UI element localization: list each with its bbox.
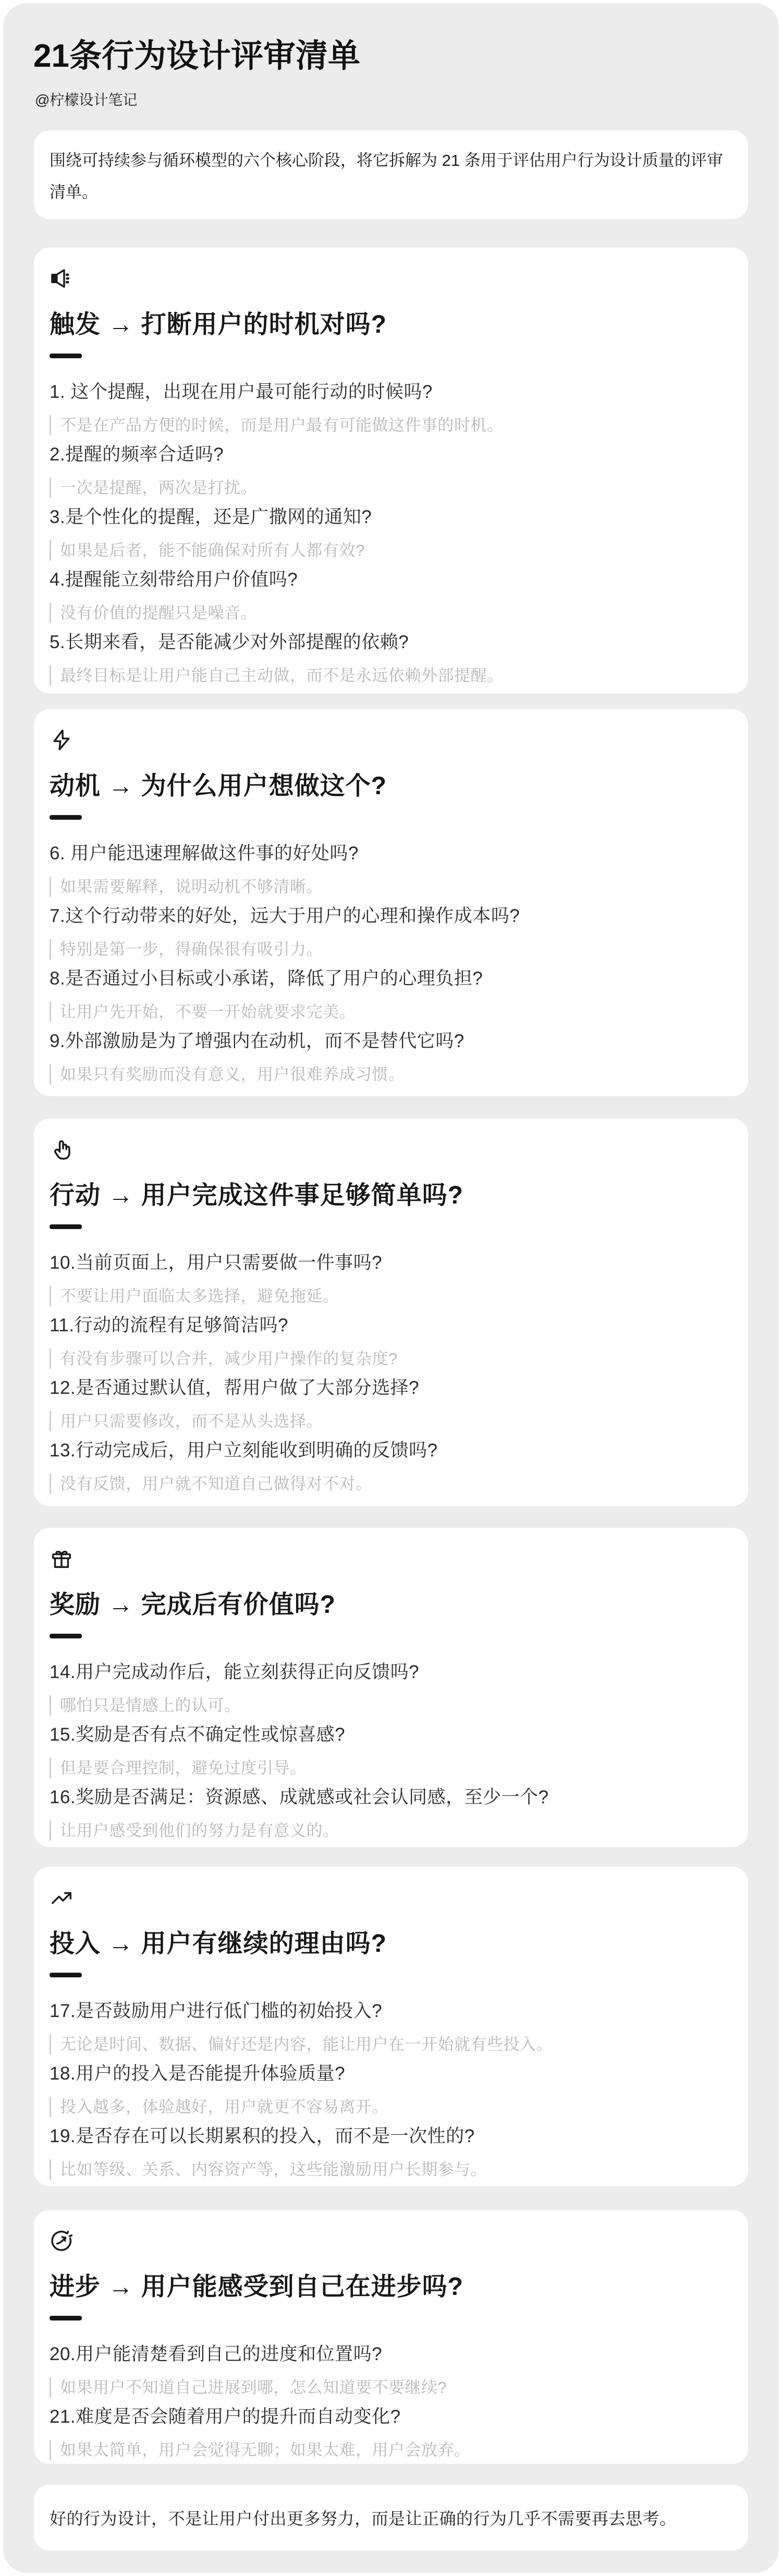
trending-up-icon (50, 1886, 74, 1910)
item-note: 无论是时间、数据、偏好还是内容，能让用户在一开始就有些投入。 (50, 2034, 727, 2055)
checklist-item: 20.用户能清楚看到自己的进度和位置吗? 如果用户不知道自己进展到哪，怎么知道要… (50, 2343, 727, 2398)
item-note: 让用户先开始，不要一开始就要求完美。 (50, 1002, 727, 1022)
item-note: 让用户感受到他们的努力是有意义的。 (50, 1820, 727, 1841)
section-title: 进步 → 用户能感受到自己在进步吗? (50, 2273, 727, 2302)
item-note: 如果只有奖励而没有意义，用户很难养成习惯。 (50, 1064, 727, 1085)
checklist-item: 5.长期来看，是否能减少对外部提醒的依赖? 最终目标是让用户能自己主动做，而不是… (50, 631, 727, 686)
checklist-item: 9.外部激励是为了增强内在动机，而不是替代它吗? 如果只有奖励而没有意义，用户很… (50, 1030, 727, 1085)
item-note: 用户只需要修改，而不是从头选择。 (50, 1411, 727, 1431)
item-note: 如果是后者，能不能确保对所有人都有效? (50, 540, 727, 561)
item-note: 最终目标是让用户能自己主动做，而不是永远依赖外部提醒。 (50, 665, 727, 686)
section-title: 行动 → 用户完成这件事足够简单吗? (50, 1181, 727, 1210)
checklist-item: 3.是个性化的提醒，还是广撒网的通知? 如果是后者，能不能确保对所有人都有效? (50, 506, 727, 561)
item-question: 19.是否存在可以长期累积的投入，而不是一次性的? (50, 2125, 727, 2147)
section-card-investment: 投入 → 用户有继续的理由吗? 17.是否鼓励用户进行低门槛的初始投入? 无论是… (34, 1867, 748, 2186)
checklist-item: 19.是否存在可以长期累积的投入，而不是一次性的? 比如等级、关系、内容资产等，… (50, 2125, 727, 2180)
section-card-reward: 奖励 → 完成后有价值吗? 14.用户完成动作后，能立刻获得正向反馈吗? 哪怕只… (34, 1528, 748, 1847)
intro-card: 围绕可持续参与循环模型的六个核心阶段，将它拆解为 21 条用于评估用户行为设计质… (34, 130, 748, 219)
tap-hand-icon (50, 1137, 74, 1161)
section-items: 10.当前页面上，用户只需要做一件事吗? 不要让用户面临太多选择，避免拖延。 1… (50, 1252, 727, 1494)
item-question: 21.难度是否会随着用户的提升而自动变化? (50, 2406, 727, 2428)
item-question: 8.是否通过小目标或小承诺，降低了用户的心理负担? (50, 968, 727, 990)
section-title: 投入 → 用户有继续的理由吗? (50, 1929, 727, 1959)
item-note: 没有价值的提醒只是噪音。 (50, 603, 727, 623)
item-question: 9.外部激励是为了增强内在动机，而不是替代它吗? (50, 1030, 727, 1052)
page-title: 21条行为设计评审清单 (33, 39, 360, 74)
checklist-item: 15.奖励是否有点不确定性或惊喜感? 但是要合理控制，避免过度引导。 (50, 1724, 727, 1778)
checklist-item: 16.奖励是否满足：资源感、成就感或社会认同感，至少一个? 让用户感受到他们的努… (50, 1787, 727, 1841)
item-note: 如果太简单，用户会觉得无聊；如果太难，用户会放弃。 (50, 2440, 727, 2460)
section-divider (50, 1973, 82, 1977)
item-note: 不要让用户面临太多选择，避免拖延。 (50, 1286, 727, 1306)
section-title: 触发 → 打断用户的时机对吗? (50, 310, 727, 339)
item-note: 不是在产品方便的时候，而是用户最有可能做这件事的时机。 (50, 415, 727, 435)
item-question: 6. 用户能迅速理解做这件事的好处吗? (50, 843, 727, 865)
checklist-item: 17.是否鼓励用户进行低门槛的初始投入? 无论是时间、数据、偏好还是内容，能让用… (50, 2000, 727, 2055)
checklist-item: 18.用户的投入是否能提升体验质量? 投入越多，体验越好，用户就更不容易离开。 (50, 2063, 727, 2117)
item-question: 18.用户的投入是否能提升体验质量? (50, 2063, 727, 2085)
item-note: 如果用户不知道自己进展到哪，怎么知道要不要继续? (50, 2377, 727, 2398)
item-note: 但是要合理控制，避免过度引导。 (50, 1758, 727, 1778)
checklist-item: 14.用户完成动作后，能立刻获得正向反馈吗? 哪怕只是情感上的认可。 (50, 1661, 727, 1716)
item-question: 5.长期来看，是否能减少对外部提醒的依赖? (50, 631, 727, 653)
author-byline: @柠檬设计笔记 (35, 89, 137, 110)
item-note: 特别是第一步，得确保很有吸引力。 (50, 939, 727, 959)
checklist-item: 4.提醒能立刻带给用户价值吗? 没有价值的提醒只是噪音。 (50, 569, 727, 623)
section-card-trigger: 触发 → 打断用户的时机对吗? 1. 这个提醒，出现在用户最可能行动的时候吗? … (34, 248, 748, 694)
item-question: 2.提醒的频率合适吗? (50, 444, 727, 466)
checklist-item: 13.行动完成后，用户立刻能收到明确的反馈吗? 没有反馈，用户就不知道自己做得对… (50, 1440, 727, 1494)
section-divider (50, 1634, 82, 1638)
section-items: 20.用户能清楚看到自己的进度和位置吗? 如果用户不知道自己进展到哪，怎么知道要… (50, 2343, 727, 2460)
item-question: 7.这个行动带来的好处，远大于用户的心理和操作成本吗? (50, 905, 727, 927)
section-divider (50, 354, 82, 358)
section-items: 17.是否鼓励用户进行低门槛的初始投入? 无论是时间、数据、偏好还是内容，能让用… (50, 2000, 727, 2180)
intro-text: 围绕可持续参与循环模型的六个核心阶段，将它拆解为 21 条用于评估用户行为设计质… (50, 144, 732, 208)
checklist-item: 2.提醒的频率合适吗? 一次是提醒，两次是打扰。 (50, 444, 727, 498)
section-divider (50, 2316, 82, 2320)
item-note: 投入越多，体验越好，用户就更不容易离开。 (50, 2097, 727, 2117)
checklist-item: 6. 用户能迅速理解做这件事的好处吗? 如果需要解释，说明动机不够清晰。 (50, 843, 727, 897)
section-title: 动机 → 为什么用户想做这个? (50, 772, 727, 801)
item-question: 14.用户完成动作后，能立刻获得正向反馈吗? (50, 1661, 727, 1683)
item-question: 16.奖励是否满足：资源感、成就感或社会认同感，至少一个? (50, 1787, 727, 1808)
checklist-item: 8.是否通过小目标或小承诺，降低了用户的心理负担? 让用户先开始，不要一开始就要… (50, 968, 727, 1022)
item-note: 一次是提醒，两次是打扰。 (50, 478, 727, 498)
item-note: 如果需要解释，说明动机不够清晰。 (50, 877, 727, 897)
checklist-item: 12.是否通过默认值，帮用户做了大部分选择? 用户只需要修改，而不是从头选择。 (50, 1377, 727, 1431)
zap-icon (50, 728, 74, 752)
item-question: 17.是否鼓励用户进行低门槛的初始投入? (50, 2000, 727, 2022)
item-question: 12.是否通过默认值，帮用户做了大部分选择? (50, 1377, 727, 1399)
footer-text: 好的行为设计，不是让用户付出更多努力，而是让正确的行为几乎不需要再去思考。 (50, 2506, 677, 2530)
item-question: 13.行动完成后，用户立刻能收到明确的反馈吗? (50, 1440, 727, 1462)
item-note: 没有反馈，用户就不知道自己做得对不对。 (50, 1474, 727, 1494)
item-question: 1. 这个提醒，出现在用户最可能行动的时候吗? (50, 381, 727, 403)
section-divider (50, 1224, 82, 1229)
item-question: 20.用户能清楚看到自己的进度和位置吗? (50, 2343, 727, 2365)
footer-card: 好的行为设计，不是让用户付出更多努力，而是让正确的行为几乎不需要再去思考。 (34, 2485, 748, 2550)
section-items: 1. 这个提醒，出现在用户最可能行动的时候吗? 不是在产品方便的时候，而是用户最… (50, 381, 727, 686)
section-title: 奖励 → 完成后有价值吗? (50, 1590, 727, 1620)
item-question: 3.是个性化的提醒，还是广撒网的通知? (50, 506, 727, 528)
item-question: 4.提醒能立刻带给用户价值吗? (50, 569, 727, 591)
item-question: 11.行动的流程有足够简洁吗? (50, 1315, 727, 1336)
section-items: 14.用户完成动作后，能立刻获得正向反馈吗? 哪怕只是情感上的认可。 15.奖励… (50, 1661, 727, 1841)
checklist-item: 10.当前页面上，用户只需要做一件事吗? 不要让用户面临太多选择，避免拖延。 (50, 1252, 727, 1306)
item-question: 10.当前页面上，用户只需要做一件事吗? (50, 1252, 727, 1274)
item-question: 15.奖励是否有点不确定性或惊喜感? (50, 1724, 727, 1746)
checklist-item: 11.行动的流程有足够简洁吗? 有没有步骤可以合并，减少用户操作的复杂度? (50, 1315, 727, 1369)
section-card-progress: 进步 → 用户能感受到自己在进步吗? 20.用户能清楚看到自己的进度和位置吗? … (34, 2210, 748, 2464)
gift-icon (50, 1547, 74, 1571)
section-divider (50, 815, 82, 820)
speaker-icon (50, 266, 74, 290)
section-items: 6. 用户能迅速理解做这件事的好处吗? 如果需要解释，说明动机不够清晰。 7.这… (50, 843, 727, 1085)
item-note: 比如等级、关系、内容资产等，这些能激励用户长期参与。 (50, 2159, 727, 2180)
progress-target-icon (50, 2229, 74, 2253)
checklist-item: 21.难度是否会随着用户的提升而自动变化? 如果太简单，用户会觉得无聊；如果太难… (50, 2406, 727, 2460)
section-card-motivation: 动机 → 为什么用户想做这个? 6. 用户能迅速理解做这件事的好处吗? 如果需要… (34, 709, 748, 1096)
section-card-action: 行动 → 用户完成这件事足够简单吗? 10.当前页面上，用户只需要做一件事吗? … (34, 1119, 748, 1506)
checklist-item: 7.这个行动带来的好处，远大于用户的心理和操作成本吗? 特别是第一步，得确保很有… (50, 905, 727, 959)
item-note: 哪怕只是情感上的认可。 (50, 1695, 727, 1716)
item-note: 有没有步骤可以合并，减少用户操作的复杂度? (50, 1348, 727, 1369)
checklist-item: 1. 这个提醒，出现在用户最可能行动的时候吗? 不是在产品方便的时候，而是用户最… (50, 381, 727, 435)
